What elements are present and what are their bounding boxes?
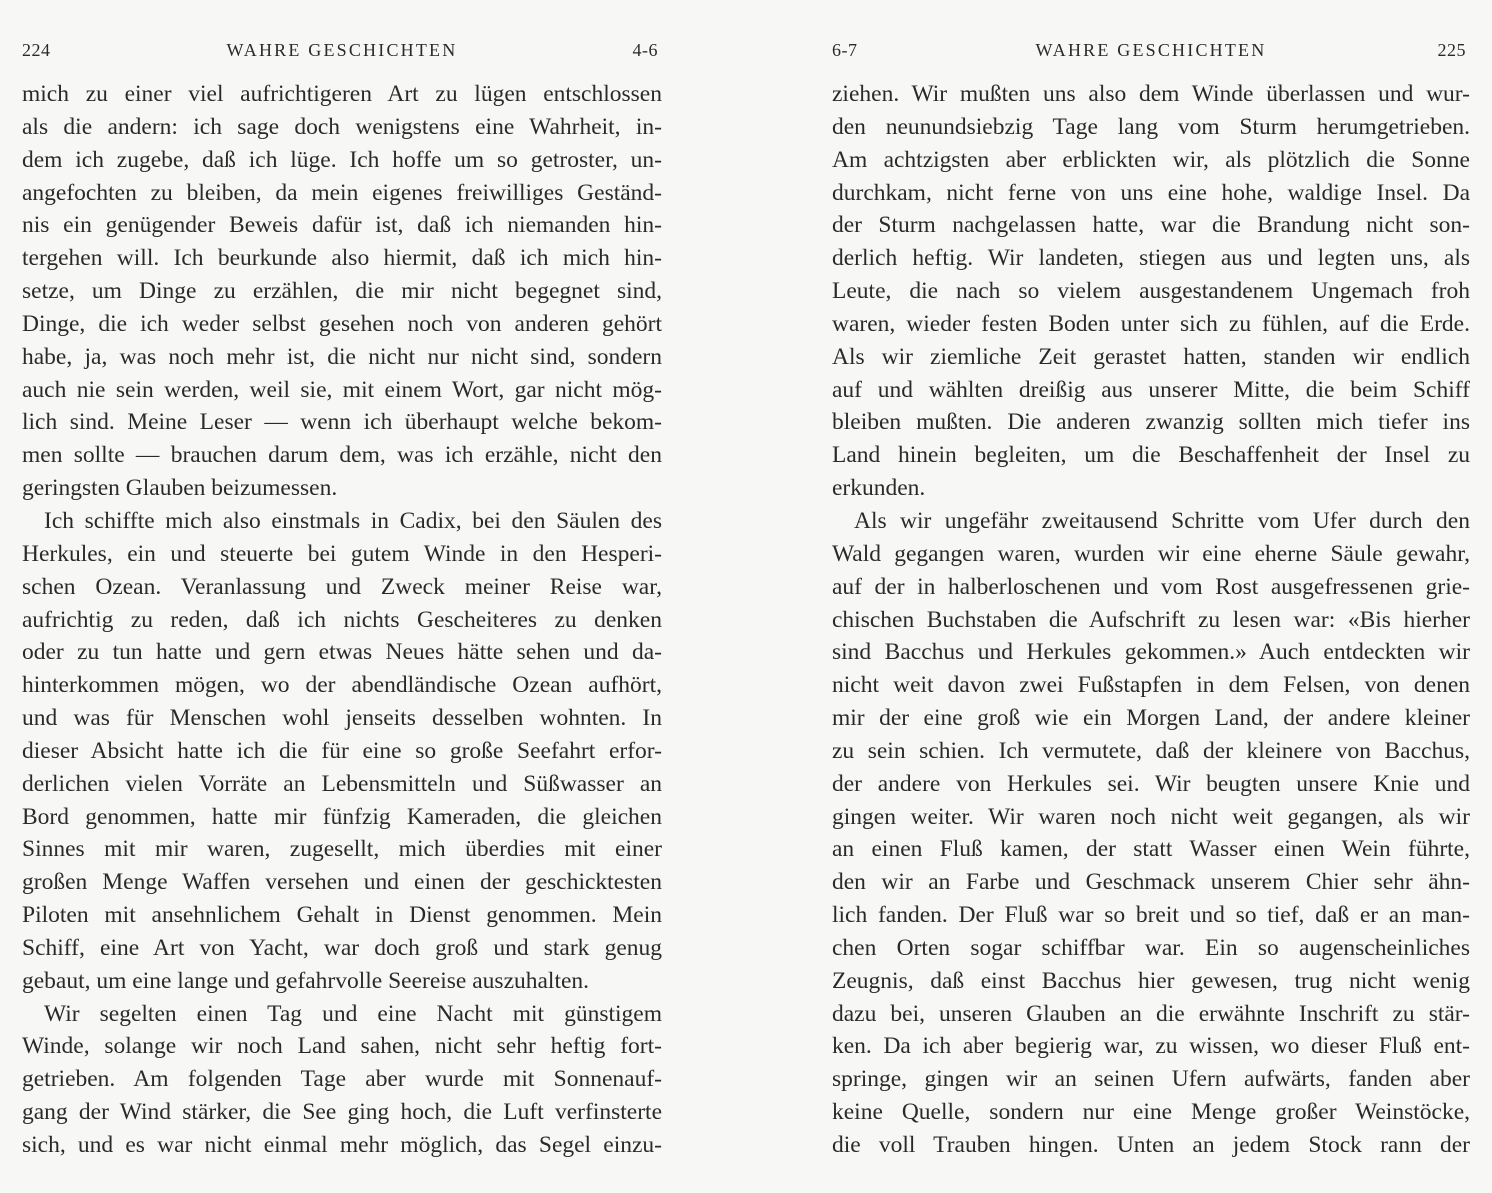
text-line: gingen weiter. Wir waren noch nicht weit… xyxy=(832,801,1470,834)
text-line: hinterkommen mögen, wo der abendländisch… xyxy=(22,669,662,702)
text-line: Piloten mit ansehnlichem Gehalt in Diens… xyxy=(22,899,662,932)
text-line: auf und wählten dreißig aus unserer Mitt… xyxy=(832,374,1470,407)
text-line: getrieben. Am folgenden Tage aber wurde … xyxy=(22,1063,662,1096)
text-line: springe, gingen wir an seinen Ufern aufw… xyxy=(832,1063,1470,1096)
text-line: ziehen. Wir mußten uns also dem Winde üb… xyxy=(832,78,1470,111)
text-line: den wir an Farbe und Geschmack unserem C… xyxy=(832,866,1470,899)
text-line: bleiben mußten. Die anderen zwanzig soll… xyxy=(832,406,1470,439)
text-line: Bord genommen, hatte mir fünfzig Kamerad… xyxy=(22,801,662,834)
text-line: Herkules, ein und steuerte bei gutem Win… xyxy=(22,538,662,571)
text-line: nis ein genügender Beweis dafür ist, daß… xyxy=(22,209,662,242)
text-line: die voll Trauben hingen. Unten an jedem … xyxy=(832,1129,1470,1162)
text-line: lich sind. Meine Leser — wenn ich überha… xyxy=(22,406,662,439)
text-line: mir der eine groß wie ein Morgen Land, d… xyxy=(832,702,1470,735)
text-line: gebaut, um eine lange und gefahrvolle Se… xyxy=(22,965,662,998)
text-line: der Sturm nachgelassen hatte, war die Br… xyxy=(832,209,1470,242)
text-line: Dinge, die ich weder selbst gesehen noch… xyxy=(22,308,662,341)
text-line: an einen Fluß kamen, der statt Wasser ei… xyxy=(832,833,1470,866)
section-reference: 4-6 xyxy=(633,40,659,61)
paragraph-start-line: Ich schiffte mich also einstmals in Cadi… xyxy=(22,505,662,538)
running-title: WAHRE GESCHICHTEN xyxy=(832,40,1470,61)
running-head-right: 6-7 WAHRE GESCHICHTEN 225 xyxy=(832,40,1470,66)
text-line: durchkam, nicht ferne von uns eine hohe,… xyxy=(832,177,1470,210)
text-line: tergehen will. Ich beurkunde also hiermi… xyxy=(22,242,662,275)
text-line: angefochten zu bleiben, da mein eigenes … xyxy=(22,177,662,210)
paragraph-start-line: Wir segelten einen Tag und eine Nacht mi… xyxy=(22,998,662,1031)
text-line: setze, um Dinge zu erzählen, die mir nic… xyxy=(22,275,662,308)
paragraph-start-line: Als wir ungefähr zweitausend Schritte vo… xyxy=(832,505,1470,538)
text-line: men sollte — brauchen darum dem, was ich… xyxy=(22,439,662,472)
text-line: den neunundsiebzig Tage lang vom Sturm h… xyxy=(832,111,1470,144)
text-line: dem ich zugebe, daß ich lüge. Ich hoffe … xyxy=(22,144,662,177)
text-line: lich fanden. Der Fluß war so breit und s… xyxy=(832,899,1470,932)
text-line: als die andern: ich sage doch wenigstens… xyxy=(22,111,662,144)
page-number: 225 xyxy=(1438,40,1467,61)
text-line: Wald gegangen waren, wurden wir eine ehe… xyxy=(832,538,1470,571)
text-line: der andere von Herkules sei. Wir beugten… xyxy=(832,768,1470,801)
text-line: nicht weit davon zwei Fußstapfen in dem … xyxy=(832,669,1470,702)
text-line: schen Ozean. Veranlassung und Zweck mein… xyxy=(22,571,662,604)
text-line: zu sein schien. Ich vermutete, daß der k… xyxy=(832,735,1470,768)
right-page: 6-7 WAHRE GESCHICHTEN 225 ziehen. Wir mu… xyxy=(832,0,1470,1193)
text-line: dieser Absicht hatte ich die für eine so… xyxy=(22,735,662,768)
text-line: aufrichtig zu reden, daß ich nichts Gesc… xyxy=(22,604,662,637)
text-line: oder zu tun hatte und gern etwas Neues h… xyxy=(22,636,662,669)
left-page: 224 WAHRE GESCHICHTEN 4-6 mich zu einer … xyxy=(22,0,662,1193)
text-line: sind Bacchus und Herkules gekommen.» Auc… xyxy=(832,636,1470,669)
text-line: erkunden. xyxy=(832,472,1470,505)
text-line: auf der in halberloschenen und vom Rost … xyxy=(832,571,1470,604)
text-line: geringsten Glauben beizumessen. xyxy=(22,472,662,505)
text-line: Am achtzigsten aber erblickten wir, als … xyxy=(832,144,1470,177)
text-line: mich zu einer viel aufrichtigeren Art zu… xyxy=(22,78,662,111)
text-line: derlichen vielen Vorräte an Lebensmittel… xyxy=(22,768,662,801)
text-line: gang der Wind stärker, die See ging hoch… xyxy=(22,1096,662,1129)
text-line: Zeugnis, daß einst Bacchus hier gewesen,… xyxy=(832,965,1470,998)
text-line: Sinnes mit mir waren, zugesellt, mich üb… xyxy=(22,833,662,866)
text-line: sich, und es war nicht einmal mehr mögli… xyxy=(22,1129,662,1162)
text-line: derlich heftig. Wir landeten, stiegen au… xyxy=(832,242,1470,275)
text-line: auch nie sein werden, weil sie, mit eine… xyxy=(22,374,662,407)
running-head-left: 224 WAHRE GESCHICHTEN 4-6 xyxy=(22,40,662,66)
text-line: waren, wieder festen Boden unter sich zu… xyxy=(832,308,1470,341)
text-line: Winde, solange wir noch Land sahen, nich… xyxy=(22,1030,662,1063)
text-line: Land hinein begleiten, um die Beschaffen… xyxy=(832,439,1470,472)
text-line: ken. Da ich aber begierig war, zu wissen… xyxy=(832,1030,1470,1063)
text-line: keine Quelle, sondern nur eine Menge gro… xyxy=(832,1096,1470,1129)
text-line: Leute, die nach so vielem ausgestandenem… xyxy=(832,275,1470,308)
text-line: und was für Menschen wohl jenseits desse… xyxy=(22,702,662,735)
text-line: habe, ja, was noch mehr ist, die nicht n… xyxy=(22,341,662,374)
body-text-right: ziehen. Wir mußten uns also dem Winde üb… xyxy=(832,78,1470,1162)
body-text-left: mich zu einer viel aufrichtigeren Art zu… xyxy=(22,78,662,1162)
text-line: großen Menge Waffen versehen und einen d… xyxy=(22,866,662,899)
text-line: chischen Buchstaben die Aufschrift zu le… xyxy=(832,604,1470,637)
text-line: dazu bei, unseren Glauben an die erwähnt… xyxy=(832,998,1470,1031)
text-line: Als wir ziemliche Zeit gerastet hatten, … xyxy=(832,341,1470,374)
running-title: WAHRE GESCHICHTEN xyxy=(22,40,662,61)
text-line: chen Orten sogar schiffbar war. Ein so a… xyxy=(832,932,1470,965)
text-line: Schiff, eine Art von Yacht, war doch gro… xyxy=(22,932,662,965)
